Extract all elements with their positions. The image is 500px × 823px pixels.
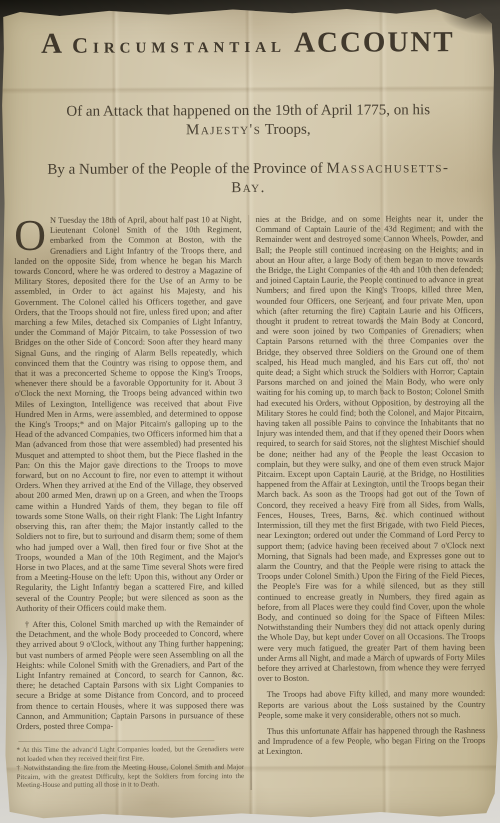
- broadside-document: A Circumstantial ACCOUNT Of an Attack th…: [0, 6, 499, 820]
- body-paragraph: † After this, Colonel Smith marched up w…: [16, 619, 244, 732]
- body-paragraph: ON Tuesday the 18th of April, about half…: [14, 215, 243, 614]
- subtitle2-bay: Bay.: [231, 180, 266, 196]
- body-paragraph: The Troops had above Fifty killed, and m…: [258, 689, 486, 721]
- document-title: A Circumstantial ACCOUNT: [13, 22, 482, 61]
- photo-background: A Circumstantial ACCOUNT Of an Attack th…: [0, 0, 500, 823]
- document-subtitle-line2: By a Number of the People of the Provinc…: [14, 159, 483, 199]
- subtitle1-troops: Troops,: [261, 122, 310, 138]
- footnote: † Notwithstanding the fire from the Meet…: [17, 763, 245, 789]
- body-paragraph: nies at the Bridge, and on some Heights …: [256, 214, 486, 684]
- two-column-body: ON Tuesday the 18th of April, about half…: [14, 214, 486, 791]
- footnote: * At this Time the advanc'd Light Compan…: [16, 745, 244, 763]
- left-column: ON Tuesday the 18th of April, about half…: [14, 215, 250, 791]
- body-paragraph: Thus this unfortunate Affair has happene…: [258, 726, 486, 758]
- subtitle2-text: By a Number of the People of the Provinc…: [47, 161, 326, 178]
- subtitle2-massachusetts: Massachusetts-: [326, 160, 449, 177]
- title-word-account: ACCOUNT: [294, 26, 455, 59]
- title-article: A: [41, 28, 64, 60]
- drop-cap-letter: O: [14, 216, 50, 254]
- right-column: nies at the Bridge, and on some Heights …: [249, 214, 486, 790]
- subtitle1-majesty: Majesty's: [186, 122, 261, 138]
- paragraph-text: N Tuesday the 18th of April, about half …: [14, 215, 243, 613]
- document-content: A Circumstantial ACCOUNT Of an Attack th…: [0, 6, 498, 799]
- footnote-divider: [18, 740, 214, 742]
- subtitle1-text: Of an Attack that happened on the 19th o…: [66, 102, 430, 120]
- title-word-circumstantial: Circumstantial: [72, 32, 286, 58]
- document-subtitle-line1: Of an Attack that happened on the 19th o…: [14, 101, 483, 141]
